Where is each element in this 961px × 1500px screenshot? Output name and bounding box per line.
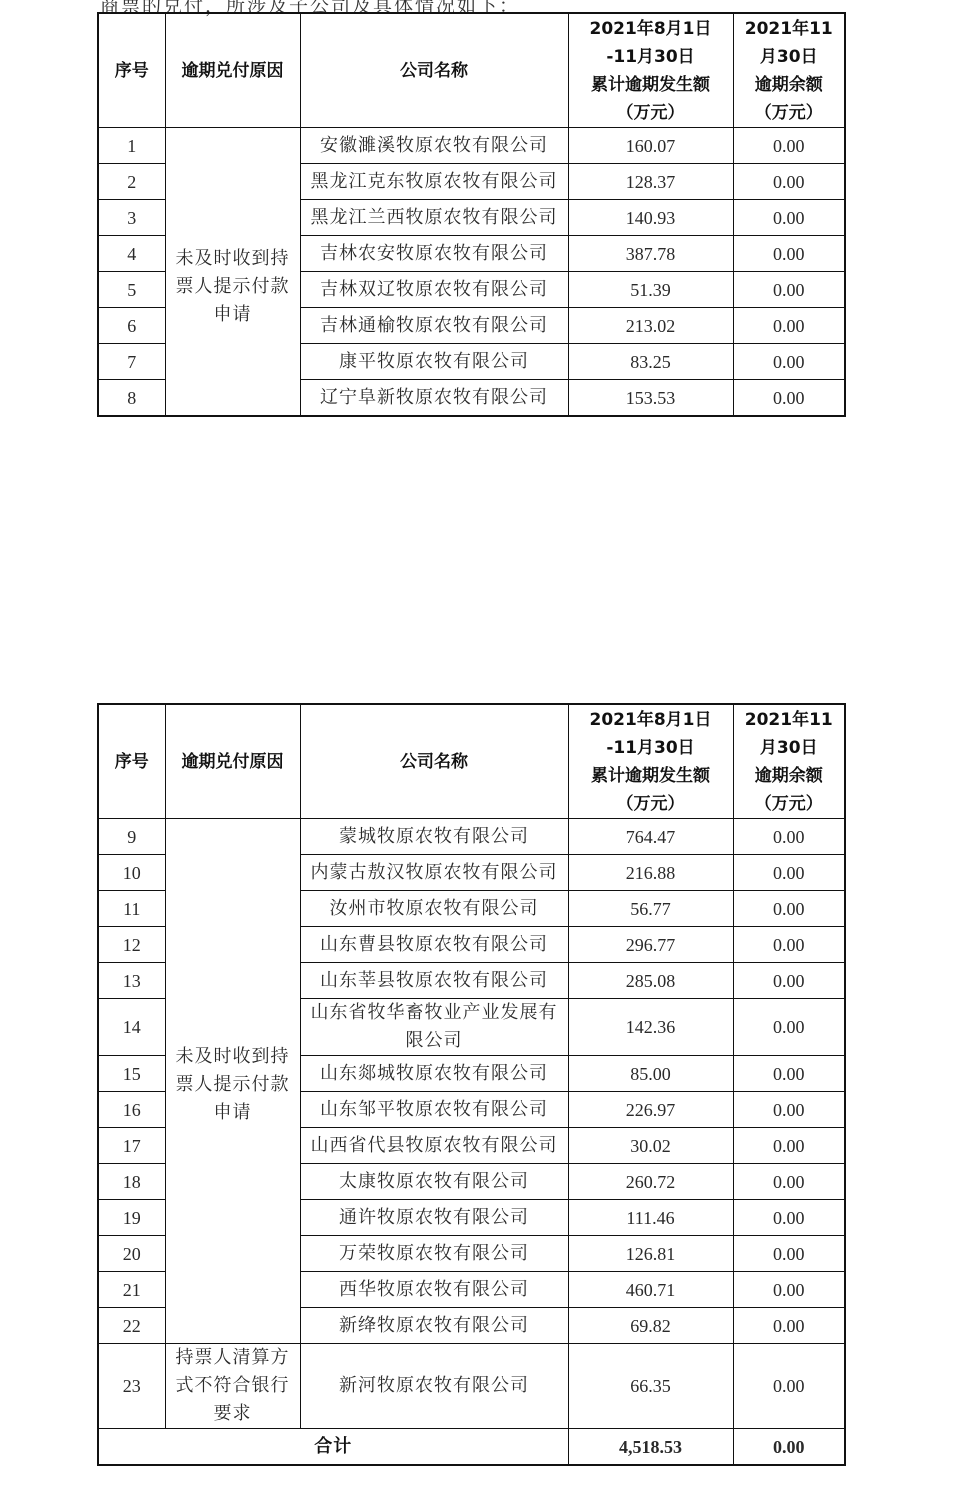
total-accum: 4,518.53 [568, 1429, 733, 1466]
table-row: 1 未及时收到持 票人提示付款 申请 安徽濉溪牧原农牧有限公司 160.07 0… [98, 128, 845, 164]
header-accum-amount: 2021年8月1日 -11月30日 累计逾期发生额 （万元） [568, 13, 733, 128]
header-seq: 序号 [98, 704, 165, 819]
reason-cell: 未及时收到持 票人提示付款 申请 [165, 819, 300, 1344]
total-balance: 0.00 [733, 1429, 845, 1466]
reason-cell: 持票人清算方 式不符合银行 要求 [165, 1344, 300, 1429]
table-header-row: 序号 逾期兑付原因 公司名称 2021年8月1日 -11月30日 累计逾期发生额… [98, 704, 845, 819]
header-company: 公司名称 [300, 13, 568, 128]
header-accum-amount: 2021年8月1日 -11月30日 累计逾期发生额 （万元） [568, 704, 733, 819]
table-row: 9 未及时收到持 票人提示付款 申请 蒙城牧原农牧有限公司 764.47 0.0… [98, 819, 845, 855]
header-reason: 逾期兑付原因 [165, 704, 300, 819]
header-reason: 逾期兑付原因 [165, 13, 300, 128]
overdue-table-part2: 序号 逾期兑付原因 公司名称 2021年8月1日 -11月30日 累计逾期发生额… [97, 703, 846, 1466]
header-seq: 序号 [98, 13, 165, 128]
reason-cell: 未及时收到持 票人提示付款 申请 [165, 128, 300, 417]
overdue-table-part1: 序号 逾期兑付原因 公司名称 2021年8月1日 -11月30日 累计逾期发生额… [97, 12, 846, 417]
header-overdue-balance: 2021年11 月30日 逾期余额 （万元） [733, 704, 845, 819]
total-label: 合计 [98, 1429, 568, 1466]
table-row: 23 持票人清算方 式不符合银行 要求 新河牧原农牧有限公司 66.35 0.0… [98, 1344, 845, 1429]
table-header-row: 序号 逾期兑付原因 公司名称 2021年8月1日 -11月30日 累计逾期发生额… [98, 13, 845, 128]
header-company: 公司名称 [300, 704, 568, 819]
header-overdue-balance: 2021年11 月30日 逾期余额 （万元） [733, 13, 845, 128]
total-row: 合计 4,518.53 0.00 [98, 1429, 845, 1466]
